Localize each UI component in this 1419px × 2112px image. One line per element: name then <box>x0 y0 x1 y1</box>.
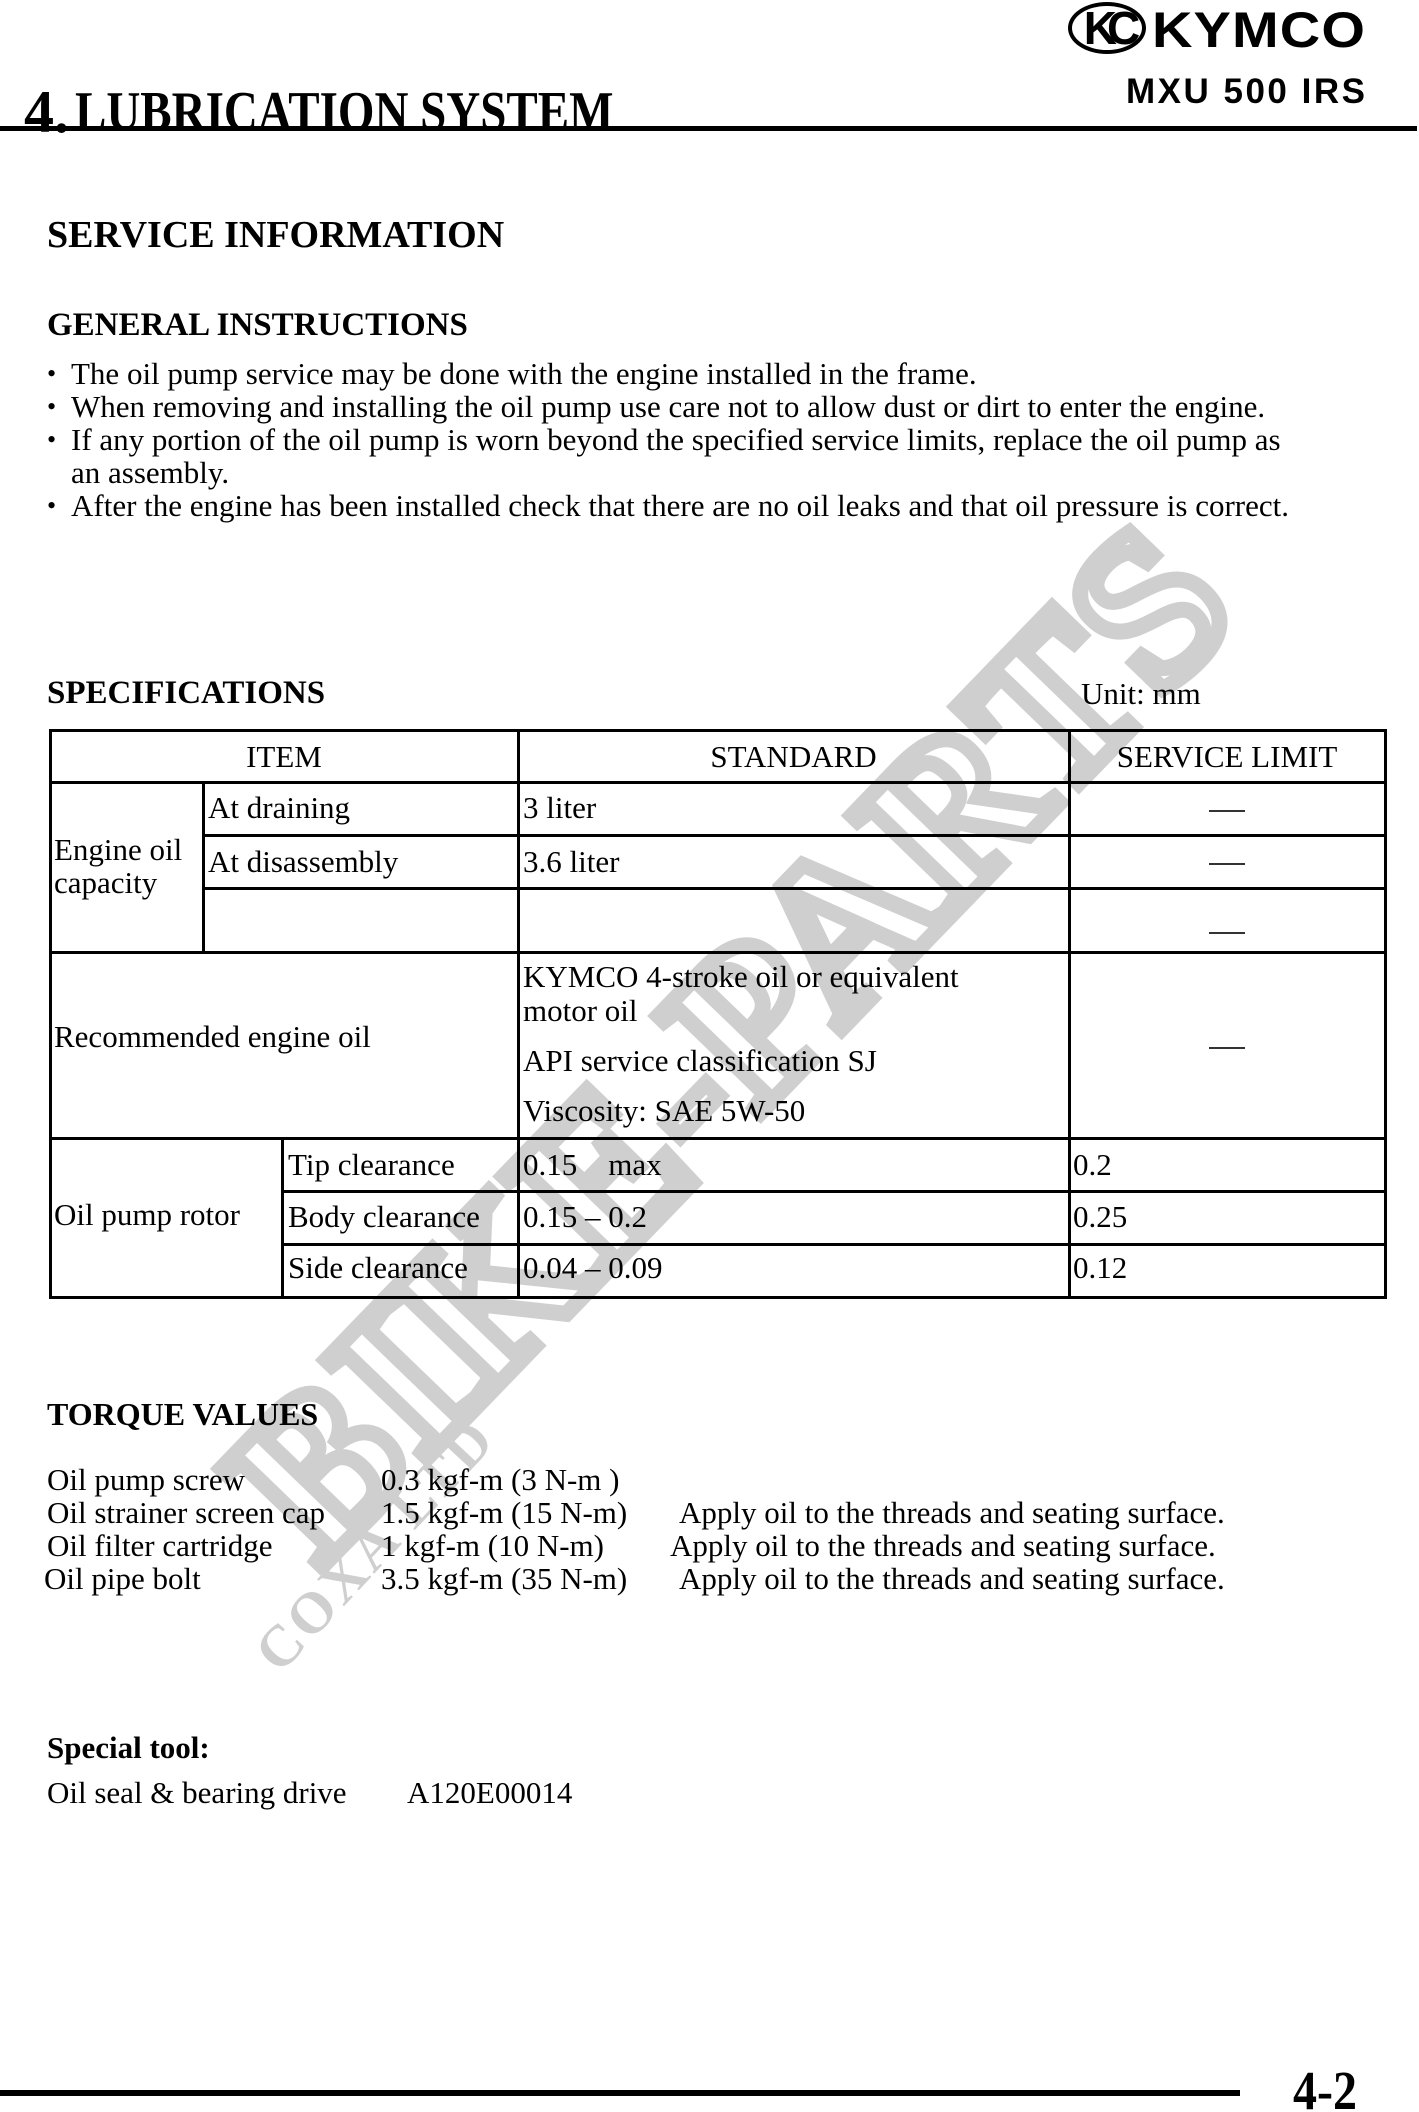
row-label: Recommended engine oil <box>54 1021 371 1052</box>
table-border <box>202 887 1387 890</box>
list-item: After the engine has been installed chec… <box>71 490 1289 521</box>
torque-note: Apply oil to the threads and seating sur… <box>679 1563 1225 1594</box>
special-tool-name: Oil seal & bearing drive <box>47 1777 347 1808</box>
footer-rule <box>0 2090 1240 2096</box>
torque-value: 3.5 kgf-m (35 N-m) <box>381 1563 627 1594</box>
torque-part: Oil strainer screen cap <box>47 1497 325 1528</box>
table-border <box>281 1137 284 1299</box>
chapter-title-text: LUBRICATION SYSTEM <box>75 85 613 141</box>
table-border <box>281 1190 1387 1193</box>
table-cell-standard: 0.15 max <box>523 1149 662 1180</box>
table-border <box>49 729 1387 732</box>
list-item-continuation: an assembly. <box>71 457 229 488</box>
table-border <box>49 781 1387 784</box>
table-cell-item: Tip clearance <box>288 1149 455 1180</box>
torque-note: Apply oil to the threads and seating sur… <box>670 1530 1216 1561</box>
table-cell-standard: 0.15 – 0.2 <box>523 1201 647 1232</box>
table-cell-item: Side clearance <box>288 1252 468 1283</box>
table-border <box>1068 729 1071 1299</box>
column-header-service-limit: SERVICE LIMIT <box>1069 741 1385 772</box>
table-cell-limit-dash <box>1209 932 1245 934</box>
table-cell-limit-dash <box>1209 810 1245 812</box>
unit-label: Unit: mm <box>1081 678 1201 709</box>
table-border <box>202 781 205 954</box>
list-item: When removing and installing the oil pum… <box>71 391 1265 422</box>
table-cell-item: At draining <box>208 792 350 823</box>
table-border <box>1384 729 1387 1299</box>
bullet-icon: • <box>47 394 56 420</box>
list-item: The oil pump service may be done with th… <box>71 358 977 389</box>
bullet-icon: • <box>47 493 56 519</box>
kymco-logo-mark: KC <box>1074 4 1140 52</box>
chapter-number: 4. <box>24 79 69 145</box>
special-tool-code: A120E00014 <box>407 1777 572 1808</box>
table-cell-limit-dash <box>1209 863 1245 865</box>
row-group-label: capacity <box>54 867 157 898</box>
bullet-icon: • <box>47 427 56 453</box>
torque-value: 1.5 kgf-m (15 N-m) <box>381 1497 627 1528</box>
subheading-general-instructions: GENERAL INSTRUCTIONS <box>47 309 468 342</box>
table-cell-standard: KYMCO 4-stroke oil or equivalent <box>523 961 959 992</box>
table-cell-limit: 0.12 <box>1073 1252 1127 1283</box>
table-cell-item: Body clearance <box>288 1201 480 1232</box>
table-cell-standard: 0.04 – 0.09 <box>523 1252 663 1283</box>
table-border <box>49 951 1387 954</box>
table-cell-standard: motor oil <box>523 995 638 1026</box>
torque-part: Oil pump screw <box>47 1464 245 1495</box>
table-cell-limit: 0.25 <box>1073 1201 1127 1232</box>
table-cell-limit-dash <box>1209 1047 1245 1049</box>
table-border <box>49 1296 1387 1299</box>
chapter-title: 4.LUBRICATION SYSTEM <box>8 66 613 158</box>
column-header-standard: STANDARD <box>518 741 1069 772</box>
torque-part: Oil filter cartridge <box>47 1530 273 1561</box>
section-heading-service-information: SERVICE INFORMATION <box>47 216 504 254</box>
table-border <box>202 834 1387 837</box>
page-number: 4-2 <box>1293 2064 1357 2112</box>
table-border <box>49 729 52 1299</box>
column-header-item: ITEM <box>50 741 518 772</box>
table-cell-standard: 3.6 liter <box>523 846 619 877</box>
torque-value: 1 kgf-m (10 N-m) <box>381 1530 604 1561</box>
table-cell-standard: API service classification SJ <box>523 1045 877 1076</box>
section-heading-specifications: SPECIFICATIONS <box>47 677 325 710</box>
torque-part: Oil pipe bolt <box>44 1563 201 1594</box>
table-cell-item: At disassembly <box>208 846 398 877</box>
table-cell-limit: 0.2 <box>1073 1149 1112 1180</box>
special-tool-heading: Special tool: <box>47 1732 210 1763</box>
table-border <box>281 1243 1387 1246</box>
model-name: MXU 500 IRS <box>1126 74 1367 109</box>
row-group-label: Oil pump rotor <box>54 1199 240 1230</box>
header-rule <box>0 126 1417 131</box>
table-cell-standard: 3 liter <box>523 792 596 823</box>
torque-value: 0.3 kgf-m (3 N-m ) <box>381 1464 619 1495</box>
kymco-logo: KC KYMCO <box>1068 2 1413 58</box>
bullet-icon: • <box>47 361 56 387</box>
table-border <box>49 1137 1387 1140</box>
list-item: If any portion of the oil pump is worn b… <box>71 424 1281 455</box>
torque-note: Apply oil to the threads and seating sur… <box>679 1497 1225 1528</box>
section-heading-torque-values: TORQUE VALUES <box>47 1398 318 1430</box>
table-cell-standard: Viscosity: SAE 5W-50 <box>523 1095 805 1126</box>
row-group-label: Engine oil <box>54 834 182 865</box>
brand-name: KYMCO <box>1152 4 1366 56</box>
table-border <box>517 729 520 1299</box>
